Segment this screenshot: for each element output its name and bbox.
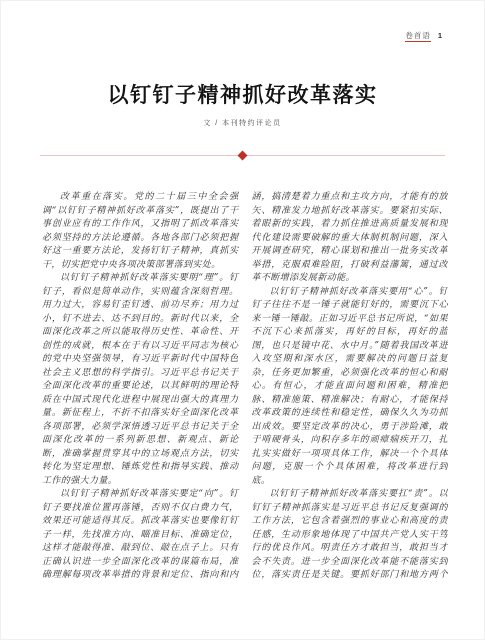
article-title: 以钉钉子精神抓好改革落实 [0, 0, 485, 108]
paragraph-4: 以钉钉子精神抓好改革落实要用“心”。钉钉子往往不是一锤子就能钉好的，需要沉下心来… [252, 286, 449, 489]
magazine-page: 卷首语1 以钉钉子精神抓好改革落实 文 / 本刊特约评论员 改革重在落实。党的二… [0, 0, 485, 640]
paragraph-1: 改革重在落实。党的二十届三中全会强调“以钉钉子精神抓好改革落实”，既提出了干事创… [42, 191, 239, 272]
article-byline: 文 / 本刊特约评论员 [0, 118, 485, 128]
diamond-icon [238, 151, 248, 161]
section-label: 卷首语 [405, 31, 431, 42]
title-divider [40, 151, 445, 160]
page-number: 1 [438, 31, 443, 40]
paragraph-2: 以钉钉子精神抓好改革落实要明“理”。钉钉子，看似是简单动作，实则蕴含深刻哲理。用… [42, 272, 239, 488]
page-header: 卷首语1 [405, 30, 443, 41]
article-body: 改革重在落实。党的二十届三中全会强调“以钉钉子精神抓好改革落实”，既提出了干事创… [42, 191, 448, 595]
